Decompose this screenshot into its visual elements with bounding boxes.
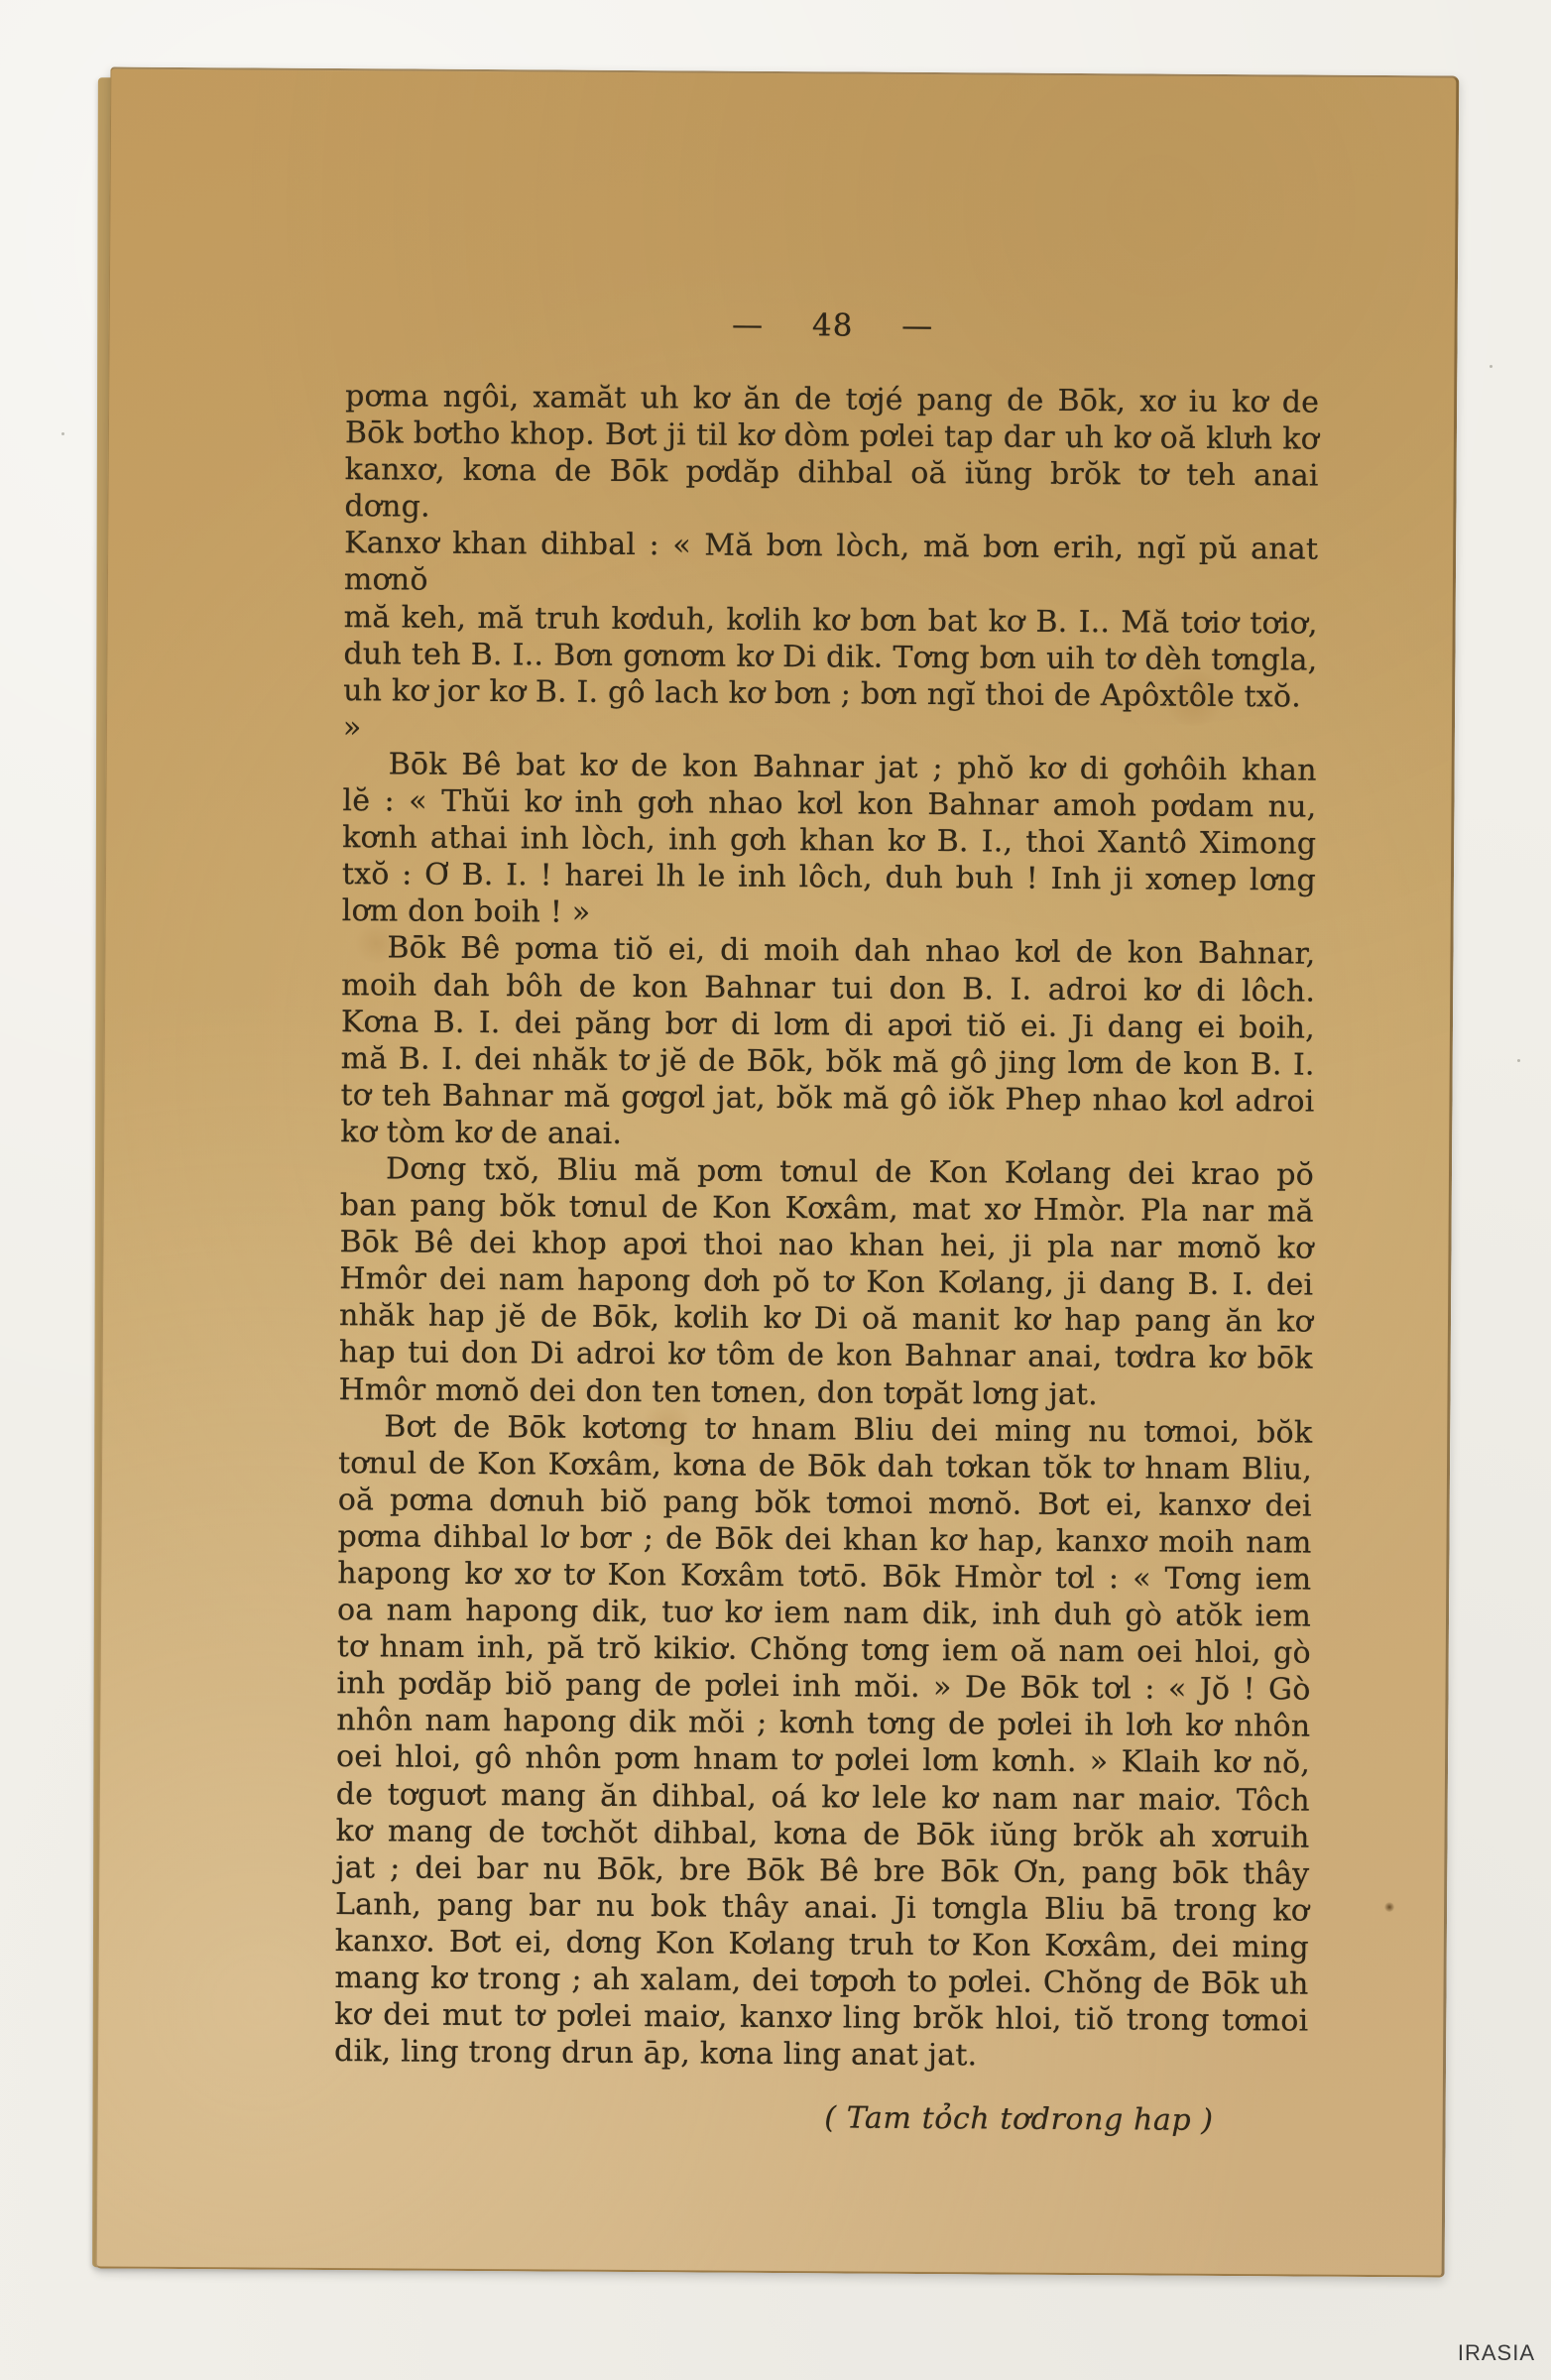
text-line: mă keh, mă truh kơduh, kơlih kơ bơn bat … [344,599,1318,643]
text-line: Bơt de Bōk kơtơng tơ hnam Bliu dei ming … [338,1408,1312,1452]
closing-line: ( Tam tỏch tơdrong hap ) [334,2096,1308,2140]
text-line: mang kơ trong ; ah xalam, dei tơpơh to p… [334,1960,1308,2003]
text-line: duh teh B. I.. Bơn gơnơm kơ Di dik. Tơng… [343,636,1317,679]
text-line: tơ teh Bahnar mă gơgơl jat, bŏk mă gô iŏ… [340,1077,1314,1121]
text-line: mă B. I. dei nhăk tơ jĕ de Bōk, bŏk mă g… [341,1040,1315,1084]
text-line: nhôn nam hapong dik mŏi ; kơnh tơng de p… [336,1702,1310,1745]
book-page: — 48 — pơma ngôi, xamăt uh kơ ăn de tơjé… [96,67,1460,2278]
text-line: Lanh, pang bar nu bok thây anai. Ji tơng… [335,1886,1309,1930]
text-line: dik, ling trong drun āp, kơna ling anat … [334,2033,1308,2077]
text-line: kơ tòm kơ de anai. [340,1114,1314,1157]
text-line: Kơna B. I. dei păng bơr di lơm di apơi t… [341,1004,1315,1047]
paragraph: Bơt de Bōk kơtơng tơ hnam Bliu dei ming … [334,1408,1312,2077]
paragraph: Bōk Bê bat kơ de kon Bahnar jat ; phŏ kơ… [342,746,1317,936]
text-line: kanxơ, kơna de Bōk pơdăp dihbal oă iŭng … [344,451,1318,532]
text-line: Kanxơ khan dihbal : « Mă bơn lòch, mă bơ… [344,525,1318,605]
watermark: IRASIA [1458,2340,1535,2366]
paragraph: Bōk Bê pơma tiŏ ei, di moih dah nhao kơl… [340,929,1315,1156]
text-line: tơnul de Kon Kơxâm, kơna de Bōk dah tơka… [338,1445,1312,1488]
text-line: kơ dei mut tơ pơlei maiơ, kanxơ ling brŏ… [334,1996,1308,2040]
text-line: lơm don boih ! » [342,892,1316,936]
text-line: nhăk hap jĕ de Bōk, kơlih kơ Di oă manit… [339,1297,1313,1341]
paragraph: pơma ngôi, xamăt uh kơ ăn de tơjé pang d… [343,378,1319,752]
text-line: oei hloi, gô nhôn pơm hnam tơ pơlei lơm … [336,1739,1310,1783]
scan-background: { "page": { "number": "— 48 —", "paragra… [0,0,1551,2380]
text-line: Bōk Bê pơma tiŏ ei, di moih dah nhao kơl… [341,929,1315,973]
text-line: Dơng txŏ, Bliu mă pơm tơnul de Kon Kơlan… [340,1150,1314,1194]
text-line: pơma ngôi, xamăt uh kơ ăn de tơjé pang d… [345,378,1319,421]
text-line: ban pang bŏk tơnul de Kon Kơxâm, mat xơ … [340,1187,1314,1231]
text-line: Bōk bơtho khop. Bơt ji til kơ dòm pơlei … [345,415,1319,458]
text-line: pơma dihbal lơ bơr ; de Bōk dei khan kơ … [337,1518,1311,1562]
text-line: txŏ : Ơ B. I. ! harei lh le inh lôch, du… [342,856,1316,899]
paragraph: Dơng txŏ, Bliu mă pơm tơnul de Kon Kơlan… [338,1150,1314,1414]
text-line: hapong kơ xơ tơ Kon Kơxâm tơtō. Bōk Hmòr… [337,1555,1311,1599]
text-line: hap tui don Di adroi kơ tôm de kon Bahna… [339,1335,1313,1378]
text-line: jat ; dei bar nu Bōk, bre Bōk Bê bre Bōk… [335,1849,1309,1893]
text-line: moih dah bôh de kon Bahnar tui don B. I.… [341,967,1315,1011]
text-line: oa nam hapong dik, tuơ kơ iem nam dik, i… [337,1592,1311,1635]
body-text: pơma ngôi, xamăt uh kơ ăn de tơjé pang d… [334,378,1320,2140]
text-line: Hmôr mơnŏ dei don ten tơnen, don tơpăt l… [338,1371,1312,1415]
text-line: Bōk Bê bat kơ de kon Bahnar jat ; phŏ kơ… [343,746,1317,789]
text-line: Hmôr dei nam hapong dơh pŏ tơ Kon Kơlang… [339,1260,1313,1304]
text-line: kơnh athai inh lòch, inh gơh khan kơ B. … [342,819,1316,863]
text-line: de tơguơt mang ăn dihbal, oá kơ lele kơ … [336,1776,1310,1820]
text-line: tơ hnam inh, pă trŏ kikiơ. Chŏng tơng ie… [337,1628,1311,1672]
text-line: kanxơ. Bơt ei, dơng Kon Kơlang truh tơ K… [335,1923,1309,1966]
text-line: oă pơma dơnuh biŏ pang bŏk tơmoi mơnŏ. B… [338,1482,1312,1525]
text-line: Bōk Bê dei khop apơi thoi nao khan hei, … [339,1224,1313,1267]
text-line: lĕ : « Thŭi kơ inh gơh nhao kơl kon Bahn… [342,782,1316,826]
text-line: uh kơ jor kơ B. I. gô lach kơ bơn ; bơn … [343,672,1317,753]
page-number: — 48 — [346,304,1320,347]
text-line: kơ mang de tơchŏt dihbal, kơna de Bōk iŭ… [335,1813,1309,1856]
text-line: inh pơdăp biŏ pang de pơlei inh mŏi. » D… [336,1665,1310,1709]
